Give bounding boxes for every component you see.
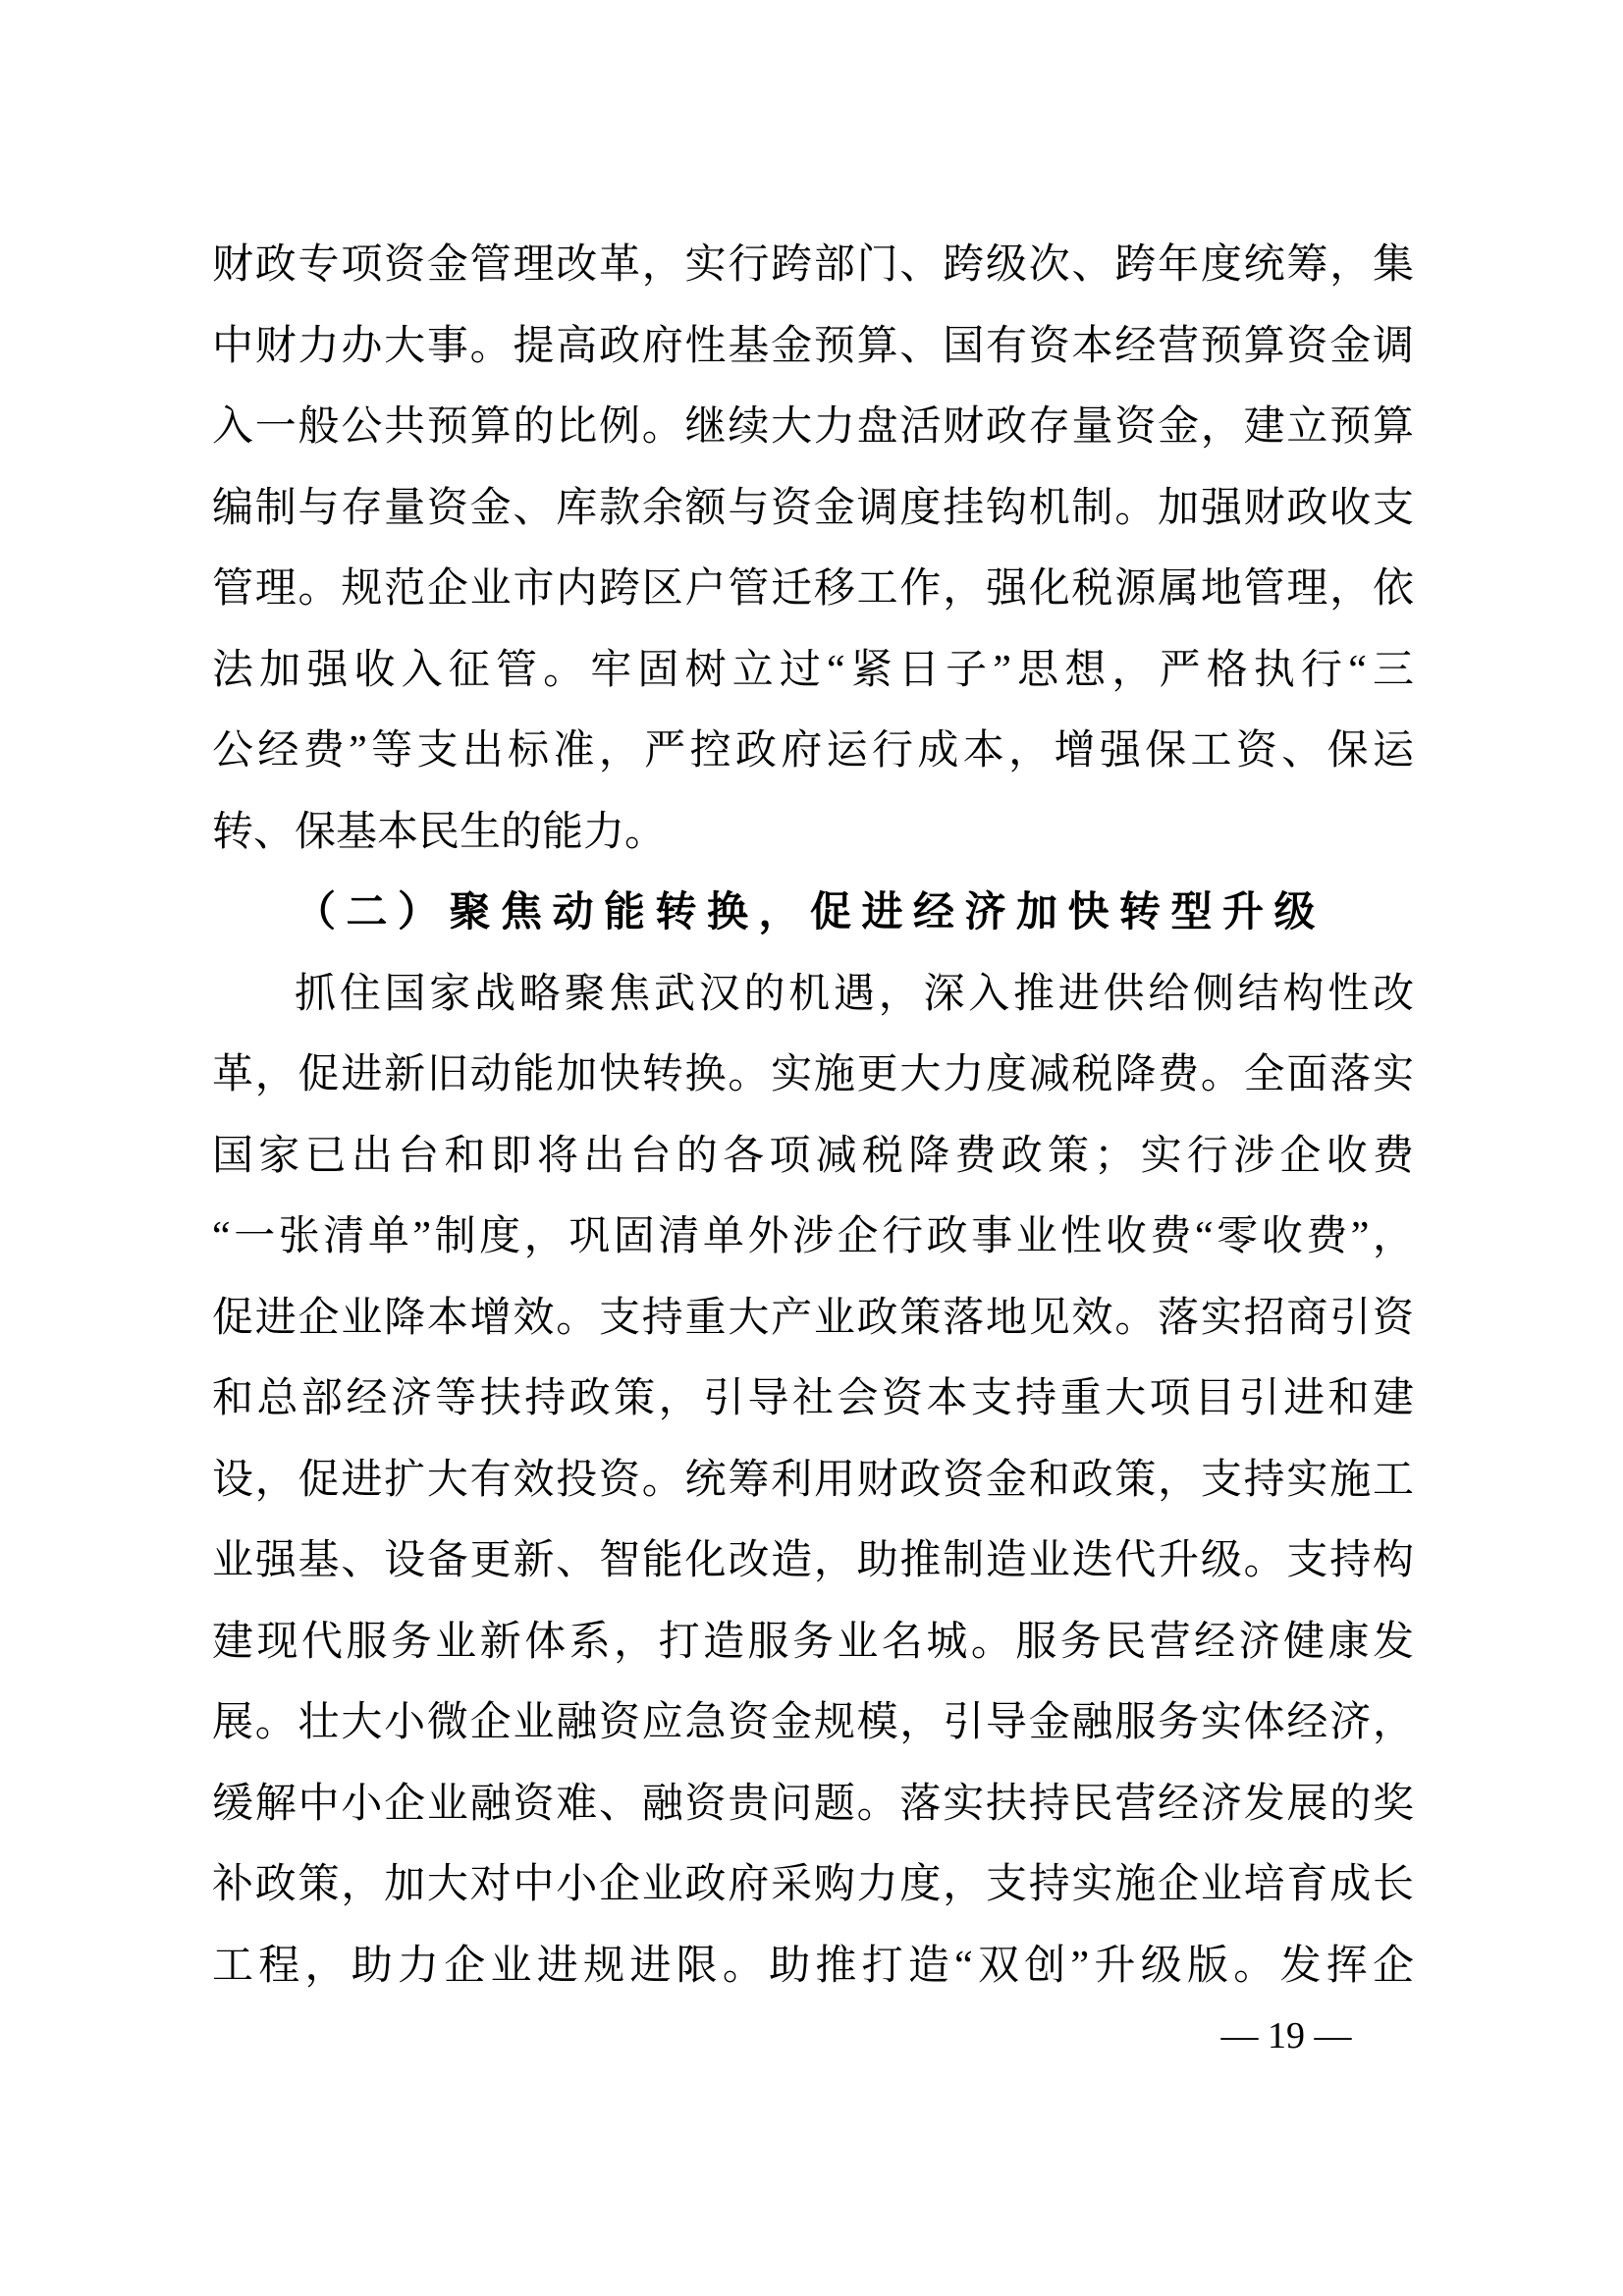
text-line: 管理。规范企业市内跨区户管迁移工作，强化税源属地管理，依 <box>212 549 1414 630</box>
text-line: 转、保基本民生的能力。 <box>212 792 1414 874</box>
text-line: 设，促进扩大有效投资。统筹利用财政资金和政策，支持实施工 <box>212 1440 1414 1522</box>
text-line: 业强基、设备更新、智能化改造，助推制造业迭代升级。支持构 <box>212 1521 1414 1602</box>
text-line: “一张清单”制度，巩固清单外涉企行政事业性收费“零收费”， <box>212 1197 1414 1278</box>
text-line: 促进企业降本增效。支持重大产业政策落地见效。落实招商引资 <box>212 1278 1414 1360</box>
page-number: — 19 — <box>1200 2008 1373 2063</box>
text-line: 工程，助力企业进规进限。助推打造“双创”升级版。发挥企 <box>212 1926 1414 2007</box>
text-line: 国家已出台和即将出台的各项减税降费政策；实行涉企收费 <box>212 1116 1414 1198</box>
text-line: 展。壮大小微企业融资应急资金规模，引导金融服务实体经济， <box>212 1682 1414 1764</box>
document-body: 财政专项资金管理改革，实行跨部门、跨级次、跨年度统筹，集中财力办大事。提高政府性… <box>212 225 1414 2006</box>
text-line: 革，促进新旧动能加快转换。实施更大力度减税降费。全面落实 <box>212 1035 1414 1116</box>
text-line: 建现代服务业新体系，打造服务业名城。服务民营经济健康发 <box>212 1602 1414 1683</box>
text-line: 财政专项资金管理改革，实行跨部门、跨级次、跨年度统筹，集 <box>212 225 1414 306</box>
text-line: 公经费”等支出标准，严控政府运行成本，增强保工资、保运 <box>212 711 1414 792</box>
text-line: 法加强收入征管。牢固树立过“紧日子”思想，严格执行“三 <box>212 630 1414 712</box>
text-line: 入一般公共预算的比例。继续大力盘活财政存量资金，建立预算 <box>212 387 1414 468</box>
text-line: 缓解中小企业融资难、融资贵问题。落实扶持民营经济发展的奖 <box>212 1764 1414 1845</box>
document-page: 财政专项资金管理改革，实行跨部门、跨级次、跨年度统筹，集中财力办大事。提高政府性… <box>0 0 1623 2296</box>
text-line: 中财力办大事。提高政府性基金预算、国有资本经营预算资金调 <box>212 306 1414 388</box>
text-line: 和总部经济等扶持政策，引导社会资本支持重大项目引进和建 <box>212 1359 1414 1440</box>
text-line: 抓住国家战略聚焦武汉的机遇，深入推进供给侧结构性改 <box>212 954 1414 1036</box>
text-line: 编制与存量资金、库款余额与资金调度挂钩机制。加强财政收支 <box>212 468 1414 550</box>
text-line: 补政策，加大对中小企业政府采购力度，支持实施企业培育成长 <box>212 1844 1414 1926</box>
section-heading: （二）聚焦动能转换，促进经济加快转型升级 <box>212 873 1414 954</box>
